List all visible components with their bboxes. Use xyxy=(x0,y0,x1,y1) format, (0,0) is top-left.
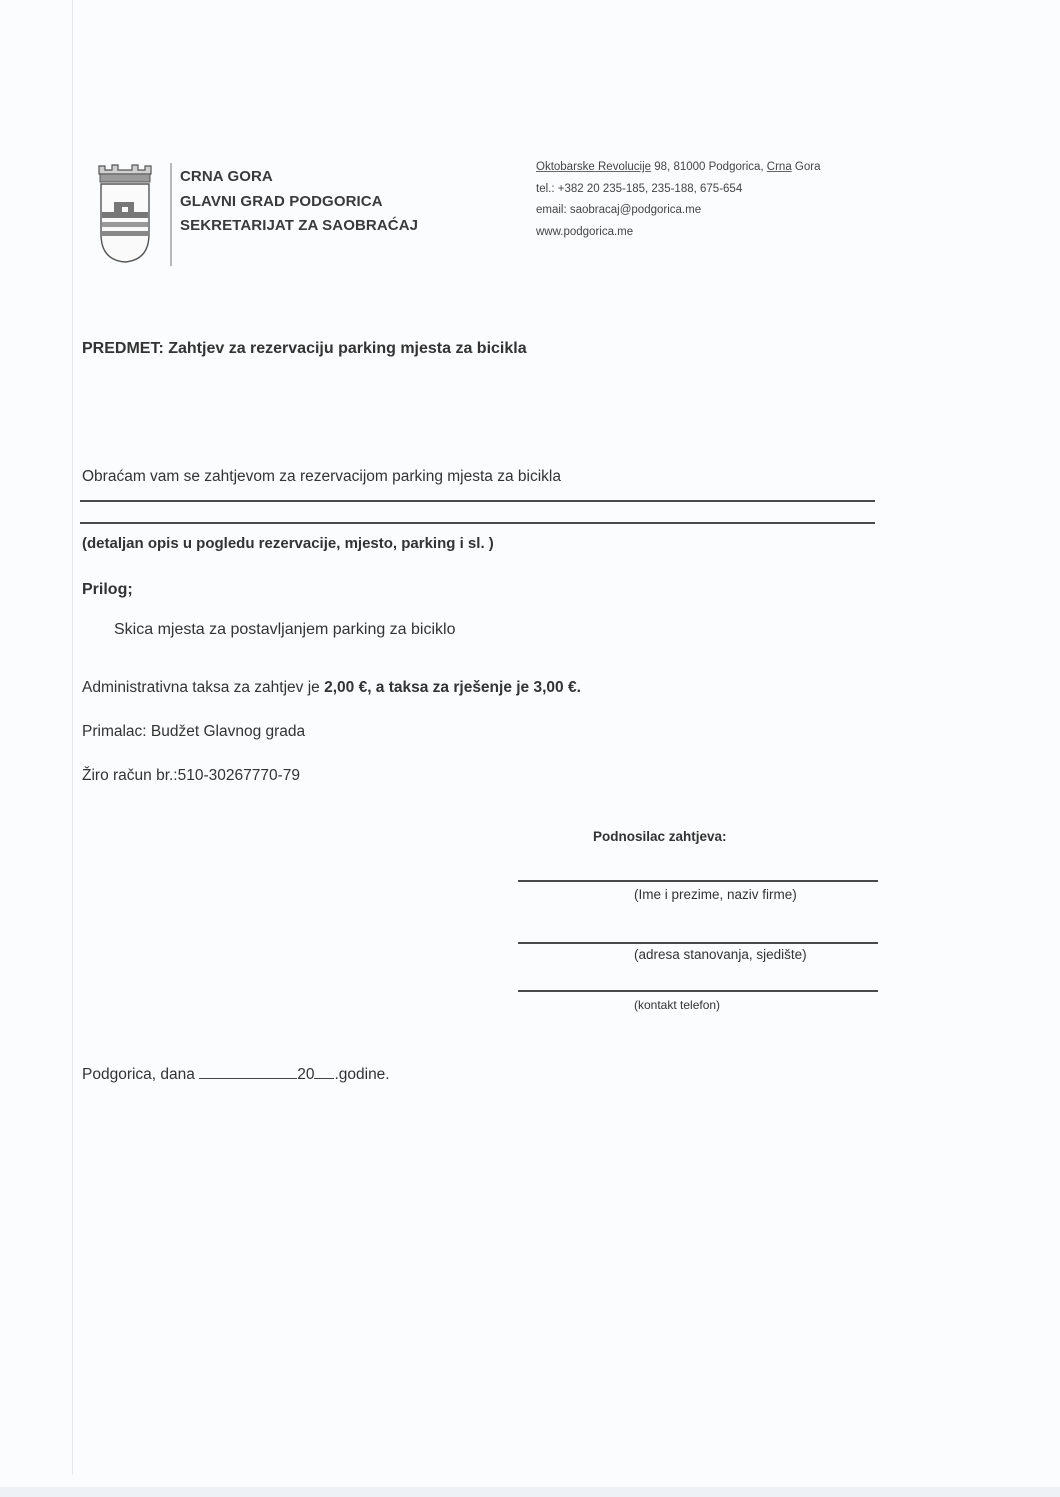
attachment-item: Skica mjesta za postavljanjem parking za… xyxy=(114,621,455,639)
place-date-suffix: .godine. xyxy=(334,1066,389,1083)
fees-prefix: Administrativna taksa za zahtjev je xyxy=(82,679,324,696)
department-name: SEKRETARIJAT ZA SAOBRAĆAJ xyxy=(180,214,418,239)
contact-website: www.podgorica.me xyxy=(536,222,821,244)
page-bottom-edge xyxy=(0,1487,1060,1497)
place-date-line: Podgorica, dana 20.godine. xyxy=(82,1064,390,1084)
address-number-city: 98, 81000 Podgorica, xyxy=(651,161,767,173)
year-prefix: 20 xyxy=(297,1066,314,1083)
date-year-blank[interactable] xyxy=(314,1064,334,1079)
applicant-name-hint: (Ime i prezime, naziv firme) xyxy=(634,887,797,902)
description-fill-line-2[interactable] xyxy=(80,522,875,524)
address-country-part: Crna xyxy=(767,161,792,173)
applicant-phone-hint: (kontakt telefon) xyxy=(634,998,720,1012)
applicant-phone-line[interactable] xyxy=(518,990,878,992)
contact-address: Oktobarske Revolucije 98, 81000 Podgoric… xyxy=(536,157,821,179)
city-name: GLAVNI GRAD PODGORICA xyxy=(180,190,418,215)
coat-of-arms-icon xyxy=(96,160,154,264)
fees-amounts: 2,00 €, a taksa za rješenje je 3,00 €. xyxy=(324,679,581,696)
page-margin-line xyxy=(72,0,73,1475)
contact-block: Oktobarske Revolucije 98, 81000 Podgoric… xyxy=(536,157,821,243)
address-street: Oktobarske Revolucije xyxy=(536,161,651,173)
applicant-title: Podnosilac zahtjeva: xyxy=(593,829,727,844)
applicant-address-line[interactable] xyxy=(518,942,878,944)
account-line: Žiro račun br.:510-30267770-79 xyxy=(82,767,300,785)
header-divider xyxy=(170,163,172,266)
country-name: CRNA GORA xyxy=(180,165,418,190)
applicant-address-hint: (adresa stanovanja, sjedište) xyxy=(634,947,807,962)
request-text: Obraćam vam se zahtjevom za rezervacijom… xyxy=(82,468,561,486)
address-country-end: Gora xyxy=(792,161,821,173)
contact-phone: tel.: +382 20 235-185, 235-188, 675-654 xyxy=(536,179,821,201)
description-hint: (detaljan opis u pogledu rezervacije, mj… xyxy=(82,535,494,552)
description-fill-line-1[interactable] xyxy=(80,500,875,502)
subject-line: PREDMET: Zahtjev za rezervaciju parking … xyxy=(82,340,527,358)
applicant-name-line[interactable] xyxy=(518,880,878,882)
fees-line: Administrativna taksa za zahtjev je 2,00… xyxy=(82,679,581,697)
place-date-prefix: Podgorica, dana xyxy=(82,1066,199,1083)
date-day-blank[interactable] xyxy=(199,1064,297,1079)
recipient-line: Primalac: Budžet Glavnog grada xyxy=(82,723,305,741)
contact-email: email: saobracaj@podgorica.me xyxy=(536,200,821,222)
attachment-label: Prilog; xyxy=(82,581,133,599)
organization-name-block: CRNA GORA GLAVNI GRAD PODGORICA SEKRETAR… xyxy=(180,165,418,239)
